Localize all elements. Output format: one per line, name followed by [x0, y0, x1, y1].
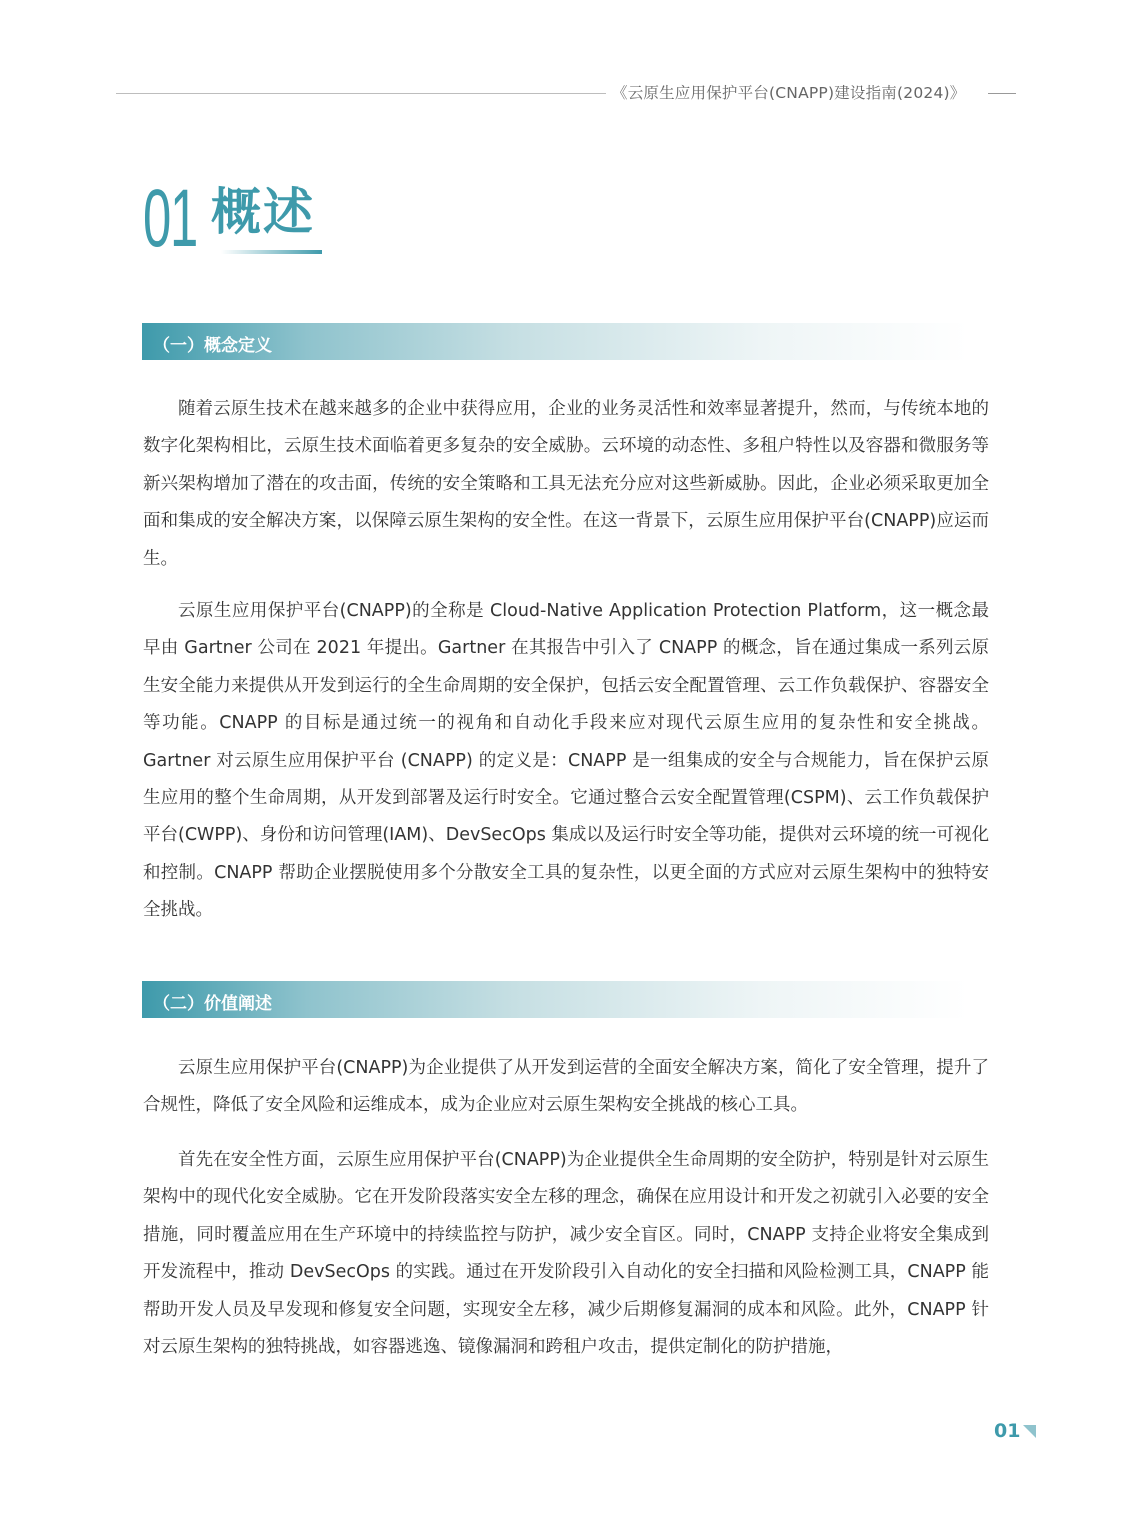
paragraph: 云原生应用保护平台(CNAPP)的全称是 Cloud-Native Applic… [143, 593, 989, 930]
paragraph: 云原生应用保护平台(CNAPP)为企业提供了从开发到运营的全面安全解决方案，简化… [143, 1050, 989, 1125]
page-corner-triangle-icon [1023, 1425, 1036, 1438]
section-heading: （一）概念定义 [153, 331, 272, 356]
header-divider-right [988, 93, 1016, 94]
section-heading-bar: （二）价值阐述 [142, 981, 968, 1018]
paragraph: 首先在安全性方面，云原生应用保护平台(CNAPP)为企业提供全生命周期的安全防护… [143, 1142, 989, 1366]
document-title: 《云原生应用保护平台(CNAPP)建设指南(2024)》 [612, 81, 965, 103]
paragraph: 随着云原生技术在越来越多的企业中获得应用，企业的业务灵活性和效率显著提升，然而，… [143, 391, 989, 578]
header-divider-left [116, 93, 606, 94]
chapter-number: 01 [143, 178, 197, 260]
chapter-underline [221, 250, 322, 254]
page-number: 01 [994, 1420, 1020, 1442]
section-heading-bar: （一）概念定义 [142, 323, 968, 360]
section-heading: （二）价值阐述 [153, 989, 272, 1014]
chapter-title: 概述 [211, 182, 315, 242]
